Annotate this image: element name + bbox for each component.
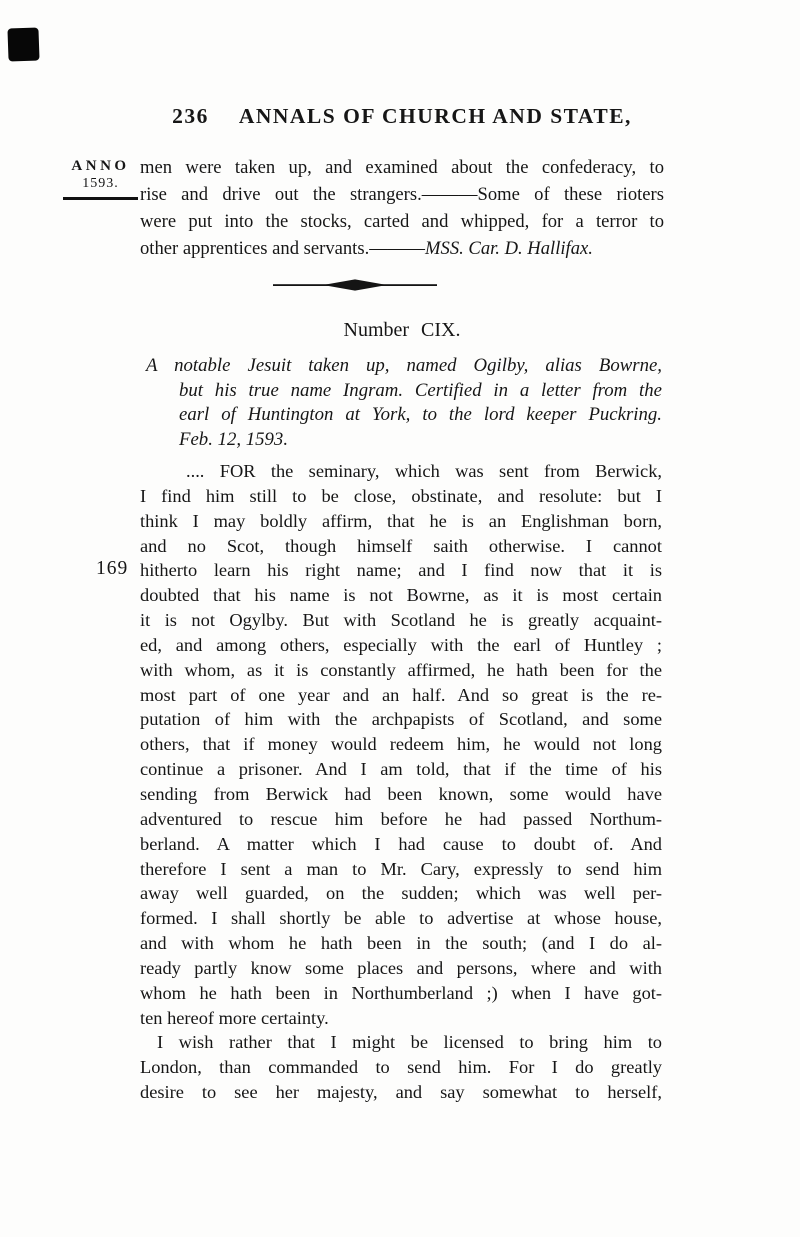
- letter-body: .... FOR the seminary, which was sent fr…: [140, 459, 662, 1105]
- text-line: adventured to rescue him before he had p…: [140, 807, 662, 832]
- line-text: rise and drive out the strangers.———Some…: [140, 184, 664, 205]
- text-line: earl of Huntington at York, to the lord …: [146, 403, 662, 428]
- line-text: it is not Ogylby. But with Scotland he i…: [140, 610, 662, 630]
- line-text: most part of one year and an half. And s…: [140, 685, 662, 705]
- text-line: and with whom he hath been in the south;…: [140, 931, 662, 956]
- line-text: away well guarded, on the sudden; which …: [140, 883, 662, 903]
- text-line: with whom, as it is constantly affirmed,…: [140, 658, 662, 683]
- margin-note-rule: [63, 197, 138, 200]
- margin-page-ref: 169: [96, 558, 128, 580]
- line-text: earl of Huntington at York, to the lord …: [179, 404, 662, 425]
- line-text: and with whom he hath been in the south;…: [140, 933, 662, 953]
- text-line: .... FOR the seminary, which was sent fr…: [140, 459, 662, 484]
- text-line: it is not Ogylby. But with Scotland he i…: [140, 608, 662, 633]
- line-text: Feb. 12, 1593.: [179, 429, 288, 450]
- text-line: putation of him with the archpapists of …: [140, 707, 662, 732]
- line-text: hitherto learn his right name; and I fin…: [140, 560, 662, 580]
- text-line: ten hereof more certainty.: [140, 1006, 662, 1031]
- text-line: think I may boldly affirm, that he is an…: [140, 509, 662, 534]
- text-line: continue a prisoner. And I am told, that…: [140, 757, 662, 782]
- text-line: whom he hath been in Northumberland ;) w…: [140, 981, 662, 1006]
- line-text: continue a prisoner. And I am told, that…: [140, 759, 662, 779]
- text-line: formed. I shall shortly be able to adver…: [140, 906, 662, 931]
- section-title: Number CIX.: [140, 319, 664, 342]
- line-text: ten hereof more certainty.: [140, 1008, 329, 1028]
- text-line: others, that if money would redeem him, …: [140, 732, 662, 757]
- margin-note-anno: ANNO 1593.: [63, 158, 138, 200]
- letter-paragraph-2: I wish rather that I might be licensed t…: [140, 1030, 662, 1105]
- text-line: I wish rather that I might be licensed t…: [140, 1030, 662, 1055]
- text-line: and no Scot, though himself saith otherw…: [140, 534, 662, 559]
- text-line: London, than commanded to send him. For …: [140, 1055, 662, 1080]
- text-line: Feb. 12, 1593.: [146, 428, 662, 453]
- line-text: ready partly know some places and person…: [140, 958, 662, 978]
- text-line: ed, and among others, especially with th…: [140, 633, 662, 658]
- line-text: and no Scot, though himself saith otherw…: [140, 536, 662, 556]
- text-line: men were taken up, and examined about th…: [140, 155, 664, 182]
- scan-artifact-mark: [7, 27, 39, 61]
- line-text: ed, and among others, especially with th…: [140, 635, 662, 655]
- line-text: therefore I sent a man to Mr. Cary, expr…: [140, 859, 662, 879]
- text-line: therefore I sent a man to Mr. Cary, expr…: [140, 857, 662, 882]
- line-text: with whom, as it is constantly affirmed,…: [140, 660, 662, 680]
- text-line: but his true name Ingram. Certified in a…: [146, 379, 662, 404]
- line-text: men were taken up, and examined about th…: [140, 157, 664, 178]
- text-line: doubted that his name is not Bowrne, as …: [140, 583, 662, 608]
- line-text: formed. I shall shortly be able to adver…: [140, 908, 662, 928]
- line-text: I wish rather that I might be licensed t…: [157, 1032, 662, 1052]
- line-text: putation of him with the archpapists of …: [140, 709, 662, 729]
- citation-italic: MSS. Car. D. Hallifax.: [425, 238, 593, 259]
- line-text: but his true name Ingram. Certified in a…: [179, 380, 662, 401]
- book-page: 236 ANNALS OF CHURCH AND STATE, ANNO 159…: [0, 0, 800, 1237]
- line-text: adventured to rescue him before he had p…: [140, 809, 662, 829]
- page-number: 236: [172, 104, 209, 129]
- text-line: A notable Jesuit taken up, named Ogilby,…: [146, 354, 662, 379]
- line-text: London, than commanded to send him. For …: [140, 1057, 662, 1077]
- text-line: berland. A matter which I had cause to d…: [140, 832, 662, 857]
- line-text: berland. A matter which I had cause to d…: [140, 834, 662, 854]
- text-line: other apprentices and servants.———MSS. C…: [140, 236, 664, 263]
- line-text: were put into the stocks, carted and whi…: [140, 211, 664, 232]
- text-line: desire to see her majesty, and say somew…: [140, 1080, 662, 1105]
- line-text: others, that if money would redeem him, …: [140, 734, 662, 754]
- intro-paragraph: men were taken up, and examined about th…: [140, 155, 664, 263]
- line-text: sending from Berwick had been known, som…: [140, 784, 662, 804]
- anno-label: ANNO: [63, 158, 138, 175]
- text-line: rise and drive out the strangers.———Some…: [140, 182, 664, 209]
- diamond-rule-icon: [273, 277, 437, 293]
- line-text: desire to see her majesty, and say somew…: [140, 1082, 662, 1102]
- text-line: were put into the stocks, carted and whi…: [140, 209, 664, 236]
- text-line: away well guarded, on the sudden; which …: [140, 881, 662, 906]
- letter-heading: A notable Jesuit taken up, named Ogilby,…: [146, 354, 662, 452]
- text-line: ready partly know some places and person…: [140, 956, 662, 981]
- text-line: hitherto learn his right name; and I fin…: [140, 558, 662, 583]
- letter-paragraph-1: .... FOR the seminary, which was sent fr…: [140, 459, 662, 1030]
- text-line: sending from Berwick had been known, som…: [140, 782, 662, 807]
- line-text: A notable Jesuit taken up, named Ogilby,…: [146, 355, 662, 376]
- line-text: doubted that his name is not Bowrne, as …: [140, 585, 662, 605]
- line-text: .... FOR the seminary, which was sent fr…: [186, 461, 662, 481]
- text-line: most part of one year and an half. And s…: [140, 683, 662, 708]
- section-divider: [273, 277, 437, 293]
- line-text: whom he hath been in Northumberland ;) w…: [140, 983, 662, 1003]
- anno-year: 1593.: [63, 176, 138, 192]
- line-text: I find him still to be close, obstinate,…: [140, 486, 662, 506]
- page-header: 236 ANNALS OF CHURCH AND STATE,: [140, 104, 664, 129]
- line-text: think I may boldly affirm, that he is an…: [140, 511, 662, 531]
- text-line: I find him still to be close, obstinate,…: [140, 484, 662, 509]
- line-text: other apprentices and servants.———: [140, 238, 425, 259]
- running-title: ANNALS OF CHURCH AND STATE,: [239, 104, 632, 129]
